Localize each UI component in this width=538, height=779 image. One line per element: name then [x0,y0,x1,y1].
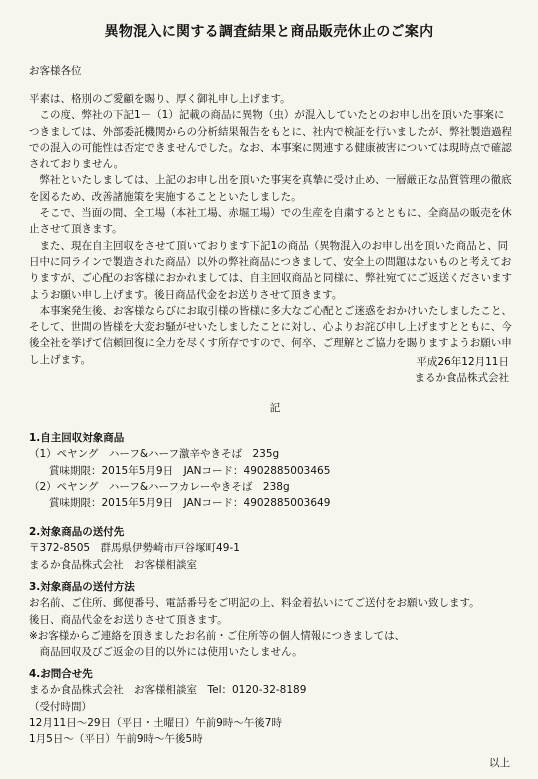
page-title: 異物混入に関する調査結果と商品販売休止のご案内 [0,24,538,40]
body-paragraph: 平素は、格別のご愛顧を賜り、厚く御礼申し上げます。 [29,91,513,107]
product-name: （2）ペヤング ハーフ&ハーフカレーやきそば 238g [29,479,513,495]
method-line: 商品回収及びご返金の目的以外には使用いたしません。 [29,644,513,660]
section-contact: 4.お問合せ先 まるか食品株式会社 お客様相談室 Tel：0120-32-818… [29,666,513,747]
product-detail: 賞味期限：2015年5月9日 JANコード：4902885003465 [29,463,513,479]
contact-line: （受付時間） [29,699,513,715]
body-paragraph: 弊社といたしましては、上記のお申し出を頂いた事実を真摯に受け止め、一層厳正な品質… [29,172,513,205]
contact-line: まるか食品株式会社 お客様相談室 Tel：0120-32-8189 [29,682,513,698]
body-text: 平素は、格別のご愛顧を賜り、厚く御礼申し上げます。 この度、弊社の下記1－（1）… [29,91,513,368]
section-heading: 1.自主回収対象商品 [29,430,513,446]
addressee: お客様各位 [29,63,82,79]
address-line: まるか食品株式会社 お客様相談室 [29,557,513,573]
closing-mark: 以上 [489,755,510,771]
contact-line: 12月11日～29日（平日・土曜日）午前9時～午後7時 [29,715,513,731]
body-paragraph: そこで、当面の間、全工場（本社工場、赤堀工場）での生産を自粛するとともに、全商品… [29,205,513,238]
body-paragraph: この度、弊社の下記1－（1）記載の商品に異物（虫）が混入していたとのお申し出を頂… [29,107,513,172]
section-heading: 3.対象商品の送付方法 [29,579,513,595]
method-line: 後日、商品代金をお送りさせて頂きます。 [29,612,513,628]
notice-document: 異物混入に関する調査結果と商品販売休止のご案内 お客様各位 平素は、格別のご愛顧… [0,0,538,779]
section-heading: 2.対象商品の送付先 [29,524,513,540]
method-line: お名前、ご住所、郵便番号、電話番号をご明記の上、料金着払いにてご送付をお願い致し… [29,595,513,611]
method-line: ※お客様からご連絡を頂きましたお名前・ご住所等の個人情報につきましては、 [29,628,513,644]
signature-company: まるか食品株式会社 [415,370,510,386]
contact-line: 1月5日～（平日）午前9時～午後5時 [29,731,513,747]
section-ship-to: 2.対象商品の送付先 〒372-8505 群馬県伊勢崎市戸谷塚町49-1 まるか… [29,524,513,573]
signature-date: 平成26年12月11日 [415,354,510,370]
product-detail: 賞味期限：2015年5月9日 JANコード：4902885003649 [29,495,513,511]
section-shipping-method: 3.対象商品の送付方法 お名前、ご住所、郵便番号、電話番号をご明記の上、料金着払… [29,579,513,660]
address-line: 〒372-8505 群馬県伊勢崎市戸谷塚町49-1 [29,540,513,556]
section-heading: 4.お問合せ先 [29,666,513,682]
body-paragraph: また、現在自主回収をさせて頂いております下記1の商品（異物混入のお申し出を頂いた… [29,238,513,303]
product-name: （1）ペヤング ハーフ&ハーフ激辛やきそば 235g [29,446,513,462]
ki-heading: 記 [0,400,538,416]
signature-block: 平成26年12月11日 まるか食品株式会社 [415,354,510,387]
section-recall-products: 1.自主回収対象商品 （1）ペヤング ハーフ&ハーフ激辛やきそば 235g 賞味… [29,430,513,511]
